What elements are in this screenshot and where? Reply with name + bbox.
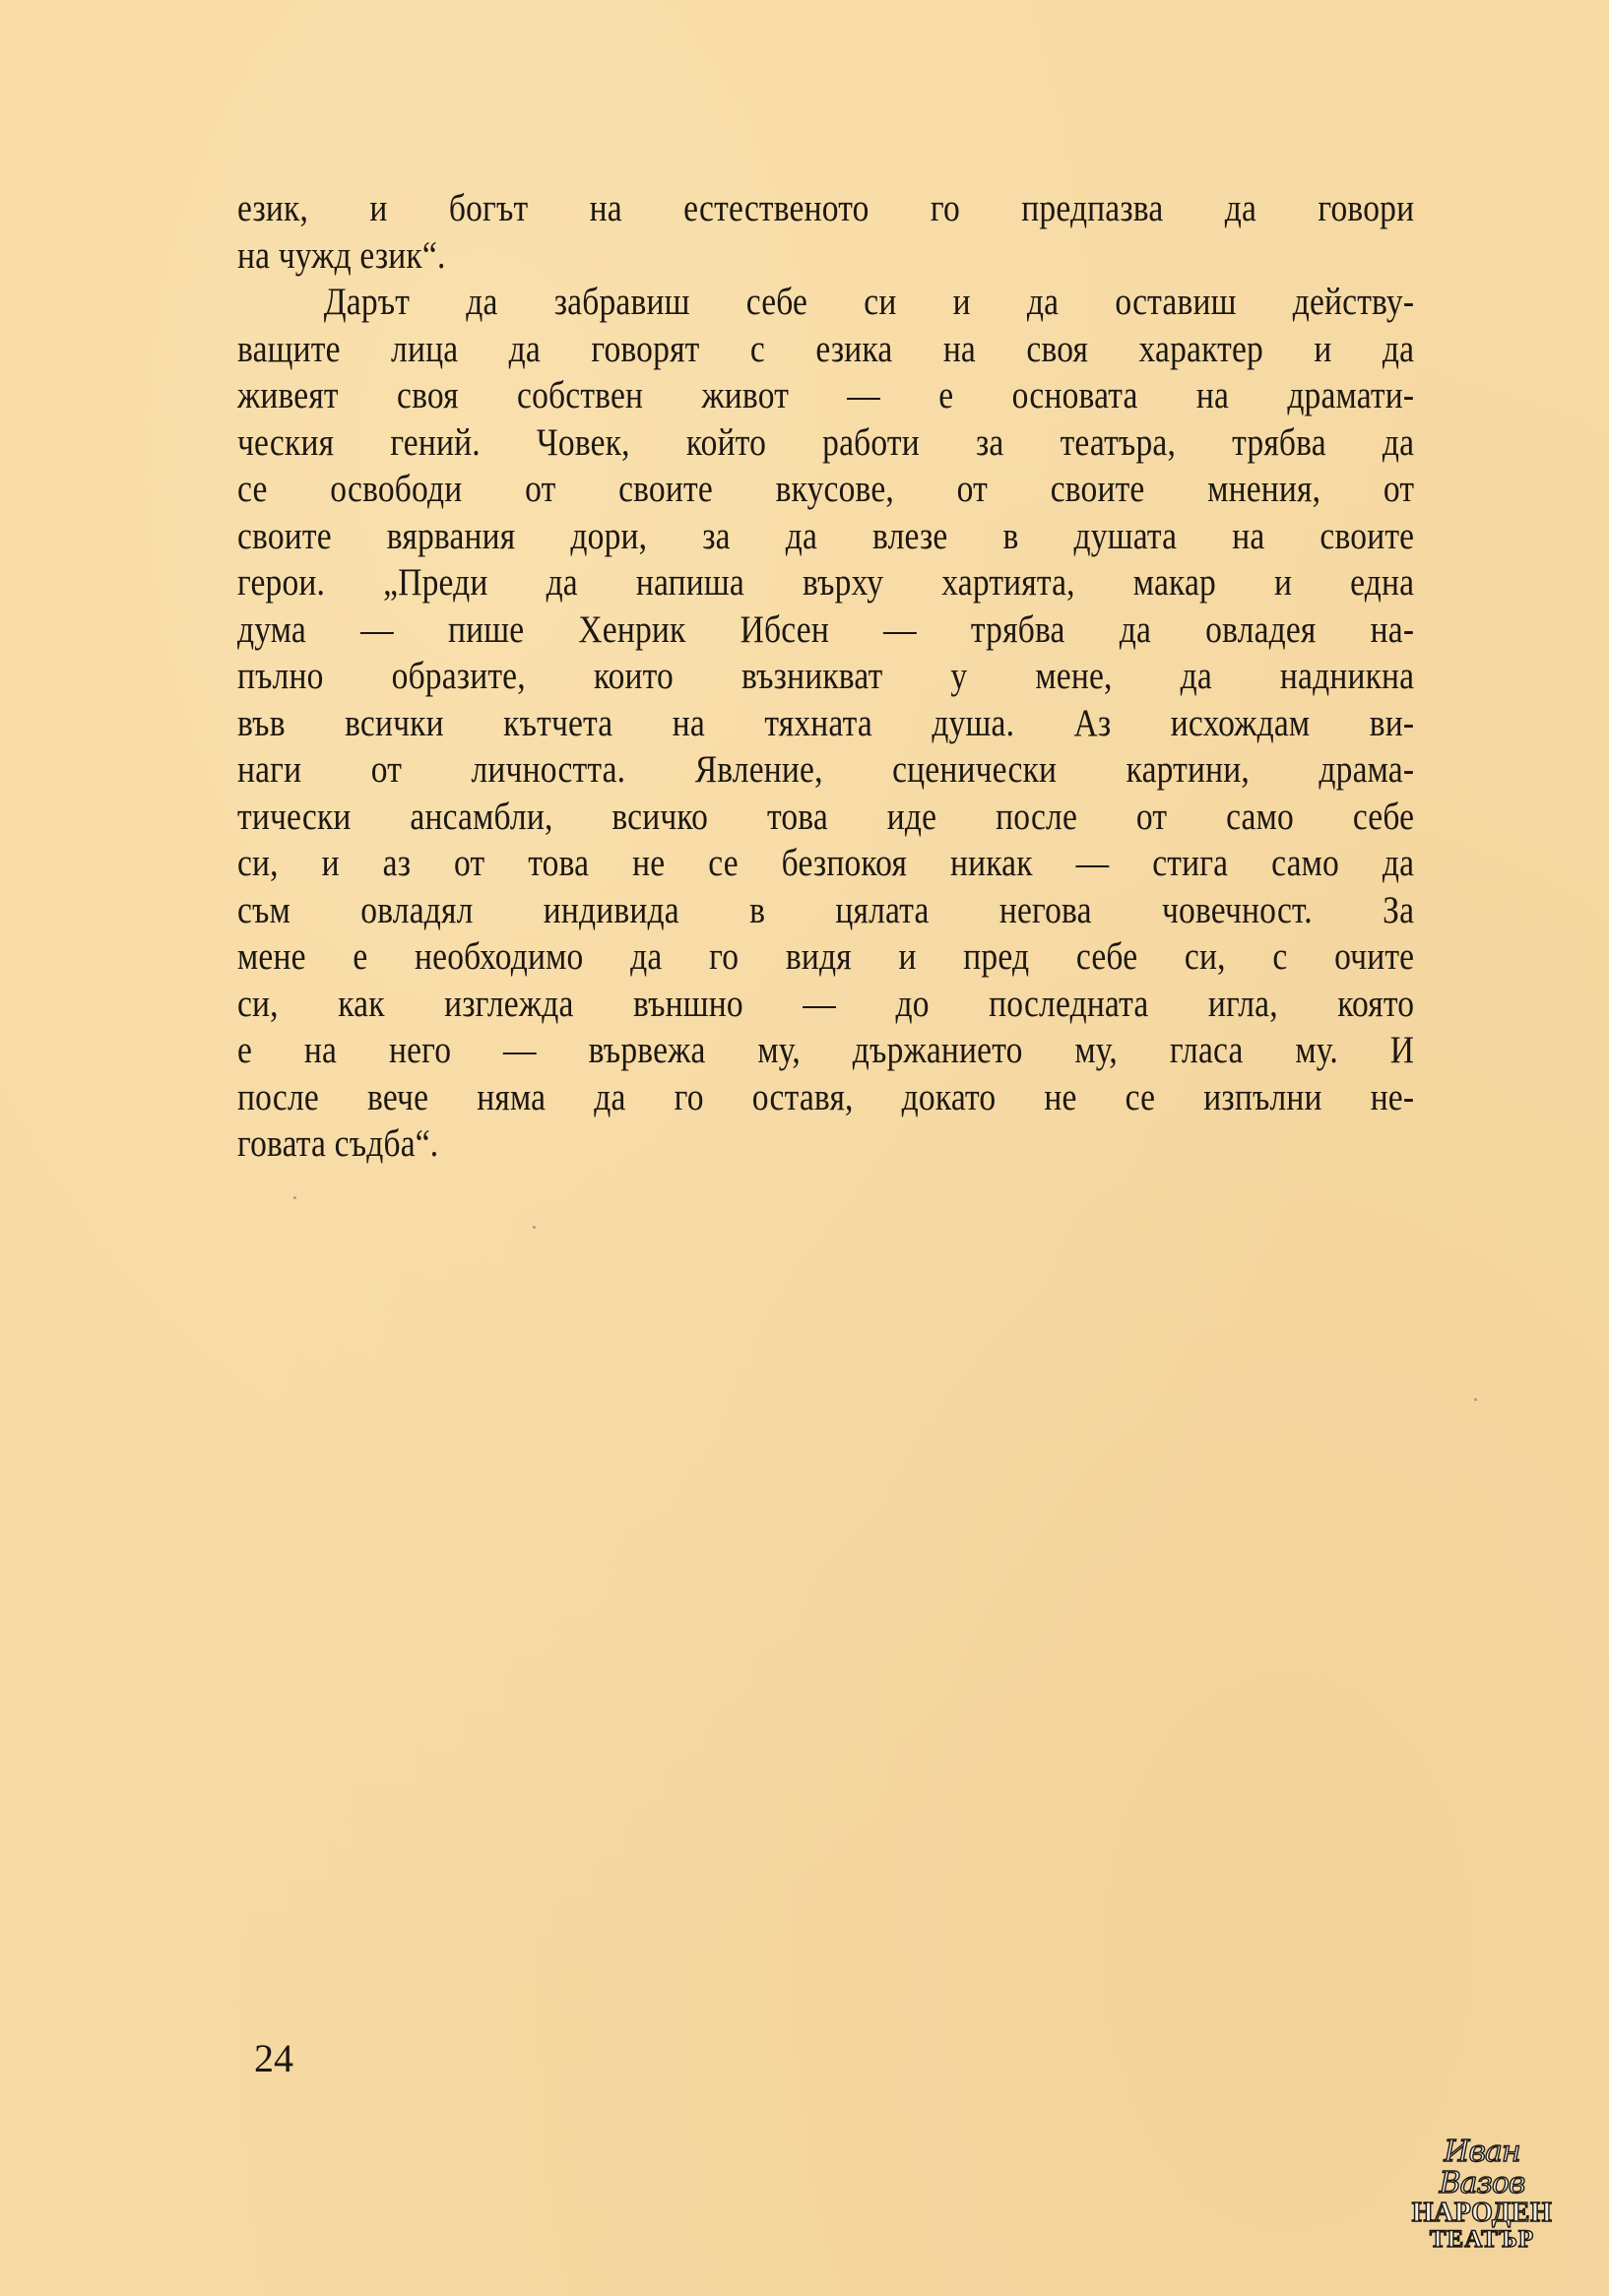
text-line: дума — пише Хенрик Ибсен — трябва да овл… <box>237 606 1414 654</box>
text-line: на чужд език“. <box>237 232 1414 280</box>
text-line: си, и аз от това не се безпокоя никак — … <box>237 840 1414 887</box>
text-line: говата съдба“. <box>237 1120 1414 1168</box>
text-line: своите вярвания дори, за да влезе в душа… <box>237 513 1414 560</box>
text-line: после вече няма да го оставя, докато не … <box>237 1074 1414 1121</box>
paper-speck <box>533 1226 536 1229</box>
text-line: наги от личността. Явление, сценически к… <box>237 746 1414 794</box>
logo-signature: Иван Вазов <box>1398 2137 1566 2200</box>
text-line: е на него — вървежа му, държанието му, г… <box>237 1027 1414 1074</box>
page-number: 24 <box>254 2037 293 2080</box>
text-line: ващите лица да говорят с езика на своя х… <box>237 326 1414 373</box>
text-line: език, и богът на естественото го предпаз… <box>237 185 1414 232</box>
body-text: език, и богът на естественото го предпаз… <box>237 185 1414 1168</box>
logo-line-2: ТЕАТЪР <box>1398 2227 1566 2253</box>
text-line: мене е необходимо да го видя и пред себе… <box>237 933 1414 981</box>
text-line: тически ансамбли, всичко това иде после … <box>237 794 1414 841</box>
text-line: герои. „Преди да напиша върху хартията, … <box>237 559 1414 606</box>
paper-speck <box>293 1196 296 1199</box>
text-line: си, как изглежда външно — до последната … <box>237 981 1414 1028</box>
text-line: ческия гений. Човек, който работи за теа… <box>237 419 1414 467</box>
text-line: живеят своя собствен живот — е основата … <box>237 372 1414 419</box>
logo-line-1: НАРОДЕН <box>1398 2200 1566 2227</box>
text-line: се освободи от своите вкусове, от своите… <box>237 466 1414 513</box>
text-line: пълно образите, които възникват у мене, … <box>237 653 1414 700</box>
text-line: съм овладял индивида в цялата негова чов… <box>237 887 1414 934</box>
text-line: във всички кътчета на тяхната душа. Аз и… <box>237 700 1414 747</box>
national-theatre-logo: Иван Вазов НАРОДЕН ТЕАТЪР <box>1398 2137 1566 2253</box>
text-line: Дарът да забравиш себе си и да оставиш д… <box>237 279 1414 326</box>
paper-speck <box>1474 1398 1477 1401</box>
